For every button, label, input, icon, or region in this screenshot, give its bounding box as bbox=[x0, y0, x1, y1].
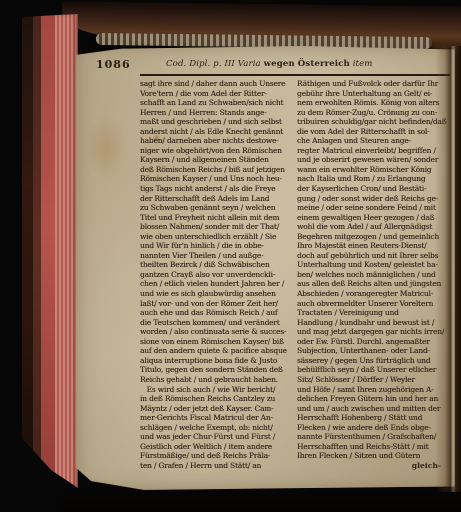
text-line: auch obvermeldter Unserer Voreltern bbox=[297, 299, 451, 309]
text-line: Herren / und Herren: Stands ange- bbox=[140, 108, 294, 118]
cover-board-edge bbox=[22, 14, 33, 488]
text-line: Handlung / kundbahr und bewust ist / bbox=[297, 318, 451, 328]
text-line: maßt und geschrieben / und sich selbst bbox=[140, 117, 294, 127]
text-line: blossen Nahmen/ sonder mit der That/ bbox=[140, 222, 294, 232]
text-line: Tractaten / Vereinigung und bbox=[297, 308, 451, 318]
text-line: und um / auch zwischen und mitten der bbox=[297, 404, 451, 414]
text-line: Kaysern / und allgemeinen Ständen bbox=[140, 155, 294, 165]
text-line: mer-Gerichts Fiscal Matricul der An- bbox=[140, 413, 294, 423]
text-line: Räthigen und Fußvolck oder darfür Ihr bbox=[297, 79, 451, 89]
text-line: und Wir für'n hinlich / die in obbe- bbox=[140, 241, 294, 251]
text-line: Abschieden / vorangeregter Matricul- bbox=[297, 289, 451, 299]
text-line: wohl die vom Adel / auf Allergnädigst bbox=[297, 222, 451, 232]
text-line: Unterhaltung und Kosten/ geleistet ha- bbox=[297, 260, 451, 270]
text-line: chen / etlich vielen hundert Jahren her … bbox=[140, 279, 294, 289]
text-line: sässerey / gegen Uns fürträglich und bbox=[297, 356, 451, 366]
text-line: Reichs gehabt / und gebraucht haben. bbox=[140, 375, 294, 385]
text-line: haben/ darneben aber nichts destowe- bbox=[140, 136, 294, 146]
text-line: schlägen / welche Exempt, ob: nicht/ bbox=[140, 423, 294, 433]
text-line: ben/ welches noch männiglichen / und bbox=[297, 270, 451, 280]
text-line: delichen Freyen Gütern hin und her an bbox=[297, 394, 451, 404]
text-line: schafft an Land zu Schwaben/sich nicht bbox=[140, 98, 294, 108]
text-line: Ihren Flecken / Sitzen und Gütern bbox=[297, 451, 451, 461]
text-line: auch ehe und das Römisch Reich / auf bbox=[140, 308, 294, 318]
text-line: und Höfe / samt Ihren zugehörigen A- bbox=[297, 385, 451, 395]
text-line: Fürstmäßige/ und deß Reichs Präla- bbox=[140, 451, 294, 461]
text-line: aus allen deß Reichs alten und jüngsten bbox=[297, 279, 451, 289]
header-rule bbox=[140, 74, 450, 76]
text-line: niger wie obgehört/von den Römischen bbox=[140, 146, 294, 156]
text-line: gung / oder sonst wider deß Reichs ge- bbox=[297, 194, 451, 204]
text-line: tigs Tags nicht anderst / als die Freye bbox=[140, 184, 294, 194]
text-line: Geistlich oder Weltlich / item andere bbox=[140, 442, 294, 452]
text-line: und je obserirt gewesen wären/ sonder bbox=[297, 155, 451, 165]
text-line: deß Römischen Reichs / biß auf jetzigen bbox=[140, 165, 294, 175]
text-column-left: sagt ihre sind / daher dann auch UnsereV… bbox=[140, 79, 294, 480]
text-line: auf den andern quiete & pacifice absque bbox=[140, 346, 294, 356]
fore-edge-page-block bbox=[22, 14, 78, 488]
text-line: und mag jetzt dargegen gar nichts irren/ bbox=[297, 327, 451, 337]
text-line: zu dem Römer-Zug/u. Crönung zu con- bbox=[297, 108, 451, 118]
text-line: nach Italia und Rom / zu Erlangung bbox=[297, 174, 451, 184]
text-line: gantzen Crayß also vor unverdenckli- bbox=[140, 270, 294, 280]
text-line: Vore'tern / die vom Adel der Ritter- bbox=[140, 89, 294, 99]
text-line: sione von einem Römischen Kayser/ biß bbox=[140, 337, 294, 347]
book-top-edge bbox=[62, 2, 461, 55]
text-line: nannten Vier Theilen / und außge- bbox=[140, 251, 294, 261]
text-line: der Ritterschafft deß Adels im Land bbox=[140, 194, 294, 204]
text-line: nannte Fürstenthumen / Grafschaften/ bbox=[297, 432, 451, 442]
book-photo: 1086 Cod. Dipl. p. III Varia wegen Öster… bbox=[0, 0, 461, 512]
text-line: zu Schwaben genännt seyn / welchen bbox=[140, 203, 294, 213]
text-line: und wie es sich glaubwürdig ansehen bbox=[140, 289, 294, 299]
text-line: Herrschafften und Reichs-Stätt / mit bbox=[297, 442, 451, 452]
page-edge-stripes bbox=[55, 14, 78, 488]
text-line: und was jeder Chur-Fürst und Fürst / bbox=[140, 432, 294, 442]
text-line: Sitz/ Schlösser / Dörffer / Weyler bbox=[297, 375, 451, 385]
text-line: behülfflich seyn / daß Unserer etlicher bbox=[297, 365, 451, 375]
text-line: Flecken / wie andere deß Ends obge- bbox=[297, 423, 451, 433]
text-line: Es wird sich auch / wie Wir bericht/ bbox=[140, 385, 294, 395]
text-line: Subjection, Unterthanen- oder Land- bbox=[297, 346, 451, 356]
text-line: regter Matricul einverleibt/ begriffen / bbox=[297, 146, 451, 156]
text-line: Ihro Majestät einen Reuters-Dienst/ bbox=[297, 241, 451, 251]
text-line: che Anlagen und Steuren ange- bbox=[297, 136, 451, 146]
text-line: Römischen Kayser / und Uns noch heu- bbox=[140, 174, 294, 184]
text-line: wie oben unterschiedlich erzählt / Sie bbox=[140, 232, 294, 242]
page-number: 1086 bbox=[96, 58, 131, 71]
text-line: sagt ihre sind / daher dann auch Unsere bbox=[140, 79, 294, 89]
text-line: aliqua interruptione bona fide & Justo bbox=[140, 356, 294, 366]
text-line: die Teutschen kommen/ und verändert bbox=[140, 318, 294, 328]
text-line: meine / oder seine sondere Feind / mit bbox=[297, 203, 451, 213]
running-title-suffix: item bbox=[353, 59, 373, 69]
text-line: der Kayserlichen Cron/ und Bestäti- bbox=[297, 184, 451, 194]
text-line: ten / Grafen / Herrn und Stätt/ an bbox=[140, 461, 294, 471]
text-line: Herrschafft Hohenberg / Stätt und bbox=[297, 413, 451, 423]
running-header: 1086 Cod. Dipl. p. III Varia wegen Öster… bbox=[94, 56, 447, 76]
paper-stain bbox=[84, 112, 128, 182]
text-line: tribuiren schuldig/gar nicht befinden/da… bbox=[297, 117, 451, 127]
text-line: Titulo, gegen den sondern Ständen deß bbox=[140, 365, 294, 375]
binding-gutter-shadow bbox=[435, 46, 461, 492]
text-line: Begehren mitgezogen / und gemeinlich bbox=[297, 232, 451, 242]
running-title-german: wegen Österreich bbox=[264, 59, 350, 69]
text-line: die vom Adel der Ritterschafft in sol- bbox=[297, 127, 451, 137]
text-line: Titel und Freyheit nicht allein mit dem bbox=[140, 213, 294, 223]
page-bottom-shadow bbox=[60, 488, 461, 512]
text-line: nem erwohlten Römis. König von alters bbox=[297, 98, 451, 108]
text-line: doch auf gebührlich und nit Ihrer selbs bbox=[297, 251, 451, 261]
text-line: in deß Römischen Reichs Cantzley zu bbox=[140, 394, 294, 404]
text-line: Mäyntz / oder jetzt deß Kayser. Cam- bbox=[140, 404, 294, 414]
cover-inner-edge bbox=[33, 14, 41, 488]
text-line: wann ein erwohlter Römischer König bbox=[297, 165, 451, 175]
page-surface: 1086 Cod. Dipl. p. III Varia wegen Öster… bbox=[76, 46, 455, 490]
red-page-edges bbox=[41, 14, 55, 488]
text-line: worden / also continuata serie & succes- bbox=[140, 327, 294, 337]
text-line: theilten Bezirck / diß Schwäbischen bbox=[140, 260, 294, 270]
text-column-right: Räthigen und Fußvolck oder darfür Ihrgeb… bbox=[297, 79, 451, 480]
text-line: anderst nicht / als Edle Knecht genännt bbox=[140, 127, 294, 137]
text-line: einem gewaltigen Heer gezogen / daß bbox=[297, 213, 451, 223]
text-line: gebühr ihre Unterhaltung an Gelt/ ei- bbox=[297, 89, 451, 99]
running-title: Cod. Dipl. p. III Varia wegen Österreich… bbox=[166, 59, 373, 69]
text-columns: sagt ihre sind / daher dann auch UnsereV… bbox=[140, 79, 451, 480]
running-title-latin: Cod. Dipl. p. III Varia bbox=[166, 59, 261, 69]
text-line: laßt/ vor- und von der Römer Zeit her/ bbox=[140, 299, 294, 309]
catchword: gleich- bbox=[297, 461, 451, 471]
text-line: oder Ew. Fürstl. Durchl. angemaßter bbox=[297, 337, 451, 347]
